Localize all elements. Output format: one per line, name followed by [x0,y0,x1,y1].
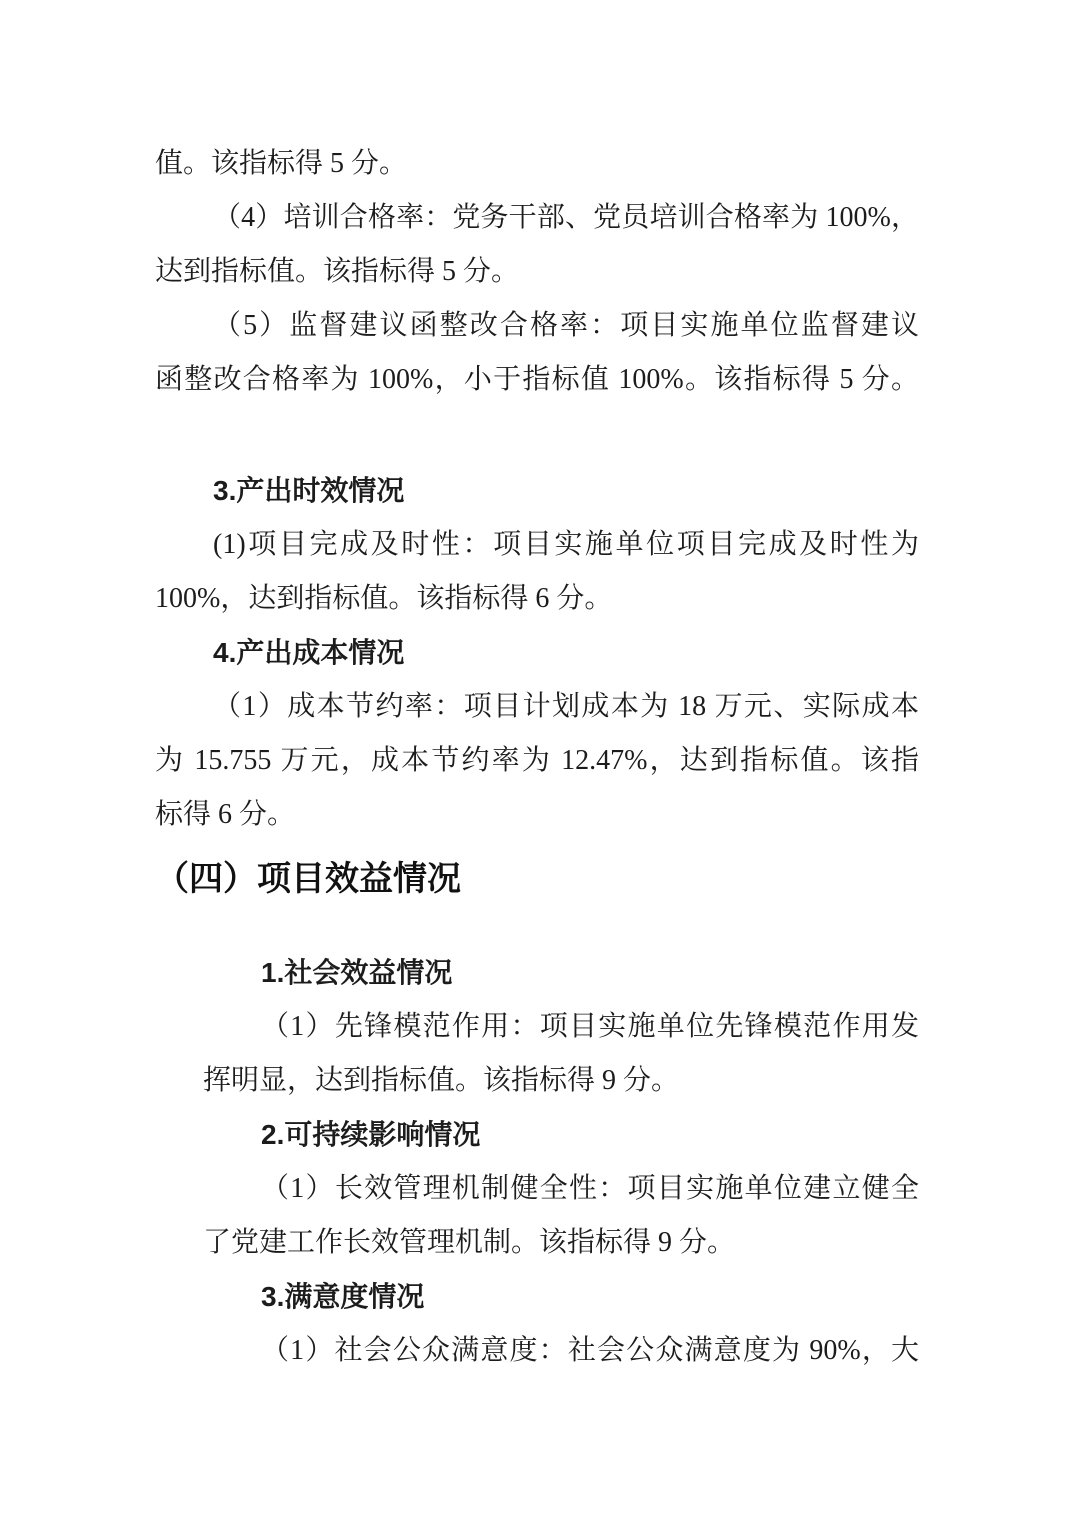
sub-heading: 4.产出成本情况 [155,626,919,680]
body-text-line: （5）监督建议函整改合格率：项目实施单位监督建议 [155,299,919,353]
body-text-line: 函整改合格率为 100%，小于指标值 100%。该指标得 5 分。 [155,353,919,407]
sub-heading: 3.产出时效情况 [155,464,919,518]
body-text-line: （1）社会公众满意度：社会公众满意度为 90%，大 [155,1324,919,1378]
body-text-line: 达到指标值。该指标得 5 分。 [155,245,919,299]
body-text-line: 标得 6 分。 [155,788,919,842]
sub-heading: 3.满意度情况 [155,1270,919,1324]
body-text-line: 值。该指标得 5 分。 [155,137,919,191]
sub-heading: 1.社会效益情况 [155,946,919,1000]
body-text-line: （1）长效管理机制健全性：项目实施单位建立健全 [155,1162,919,1216]
section-heading: （四）项目效益情况 [155,852,919,906]
body-text-line: 为 15.755 万元，成本节约率为 12.47%，达到指标值。该指 [155,734,919,788]
document-page: 值。该指标得 5 分。（4）培训合格率：党务干部、党员培训合格率为 100%，达… [0,0,1074,1520]
body-text-line: （1）成本节约率：项目计划成本为 18 万元、实际成本 [155,680,919,734]
body-text-line: 100%，达到指标值。该指标得 6 分。 [155,572,919,626]
body-text-line: 了党建工作长效管理机制。该指标得 9 分。 [155,1216,919,1270]
body-text-line: （4）培训合格率：党务干部、党员培训合格率为 100%， [155,191,919,245]
document-content: 值。该指标得 5 分。（4）培训合格率：党务干部、党员培训合格率为 100%，达… [155,137,919,1378]
body-text-line: 挥明显，达到指标值。该指标得 9 分。 [155,1054,919,1108]
body-text-line: （1）先锋模范作用：项目实施单位先锋模范作用发 [155,1000,919,1054]
body-text-line: (1)项目完成及时性：项目实施单位项目完成及时性为 [155,518,919,572]
sub-heading: 2.可持续影响情况 [155,1108,919,1162]
